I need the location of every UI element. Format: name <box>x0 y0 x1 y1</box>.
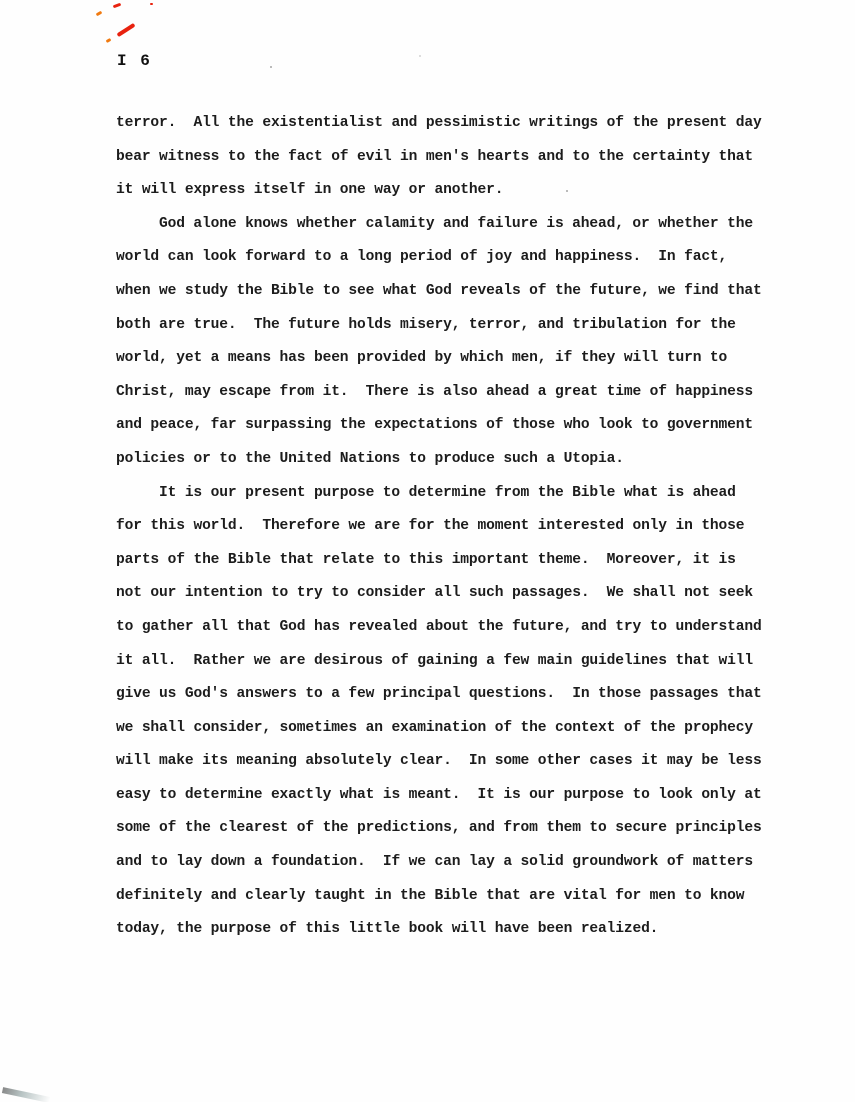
text-line: both are true. The future holds misery, … <box>116 309 756 343</box>
text-line: definitely and clearly taught in the Bib… <box>116 880 756 914</box>
text-line: Christ, may escape from it. There is als… <box>116 376 756 410</box>
text-line: give us God's answers to a few principal… <box>116 678 756 712</box>
red-pencil-mark <box>106 38 112 43</box>
red-pencil-mark <box>117 23 136 37</box>
red-pencil-mark <box>150 3 153 5</box>
text-line: to gather all that God has revealed abou… <box>116 611 756 645</box>
paragraph: God alone knows whether calamity and fai… <box>116 208 756 477</box>
text-line: terror. All the existentialist and pessi… <box>116 107 756 141</box>
text-line: will make its meaning absolutely clear. … <box>116 745 756 779</box>
body-text: terror. All the existentialist and pessi… <box>116 107 756 947</box>
text-line: and to lay down a foundation. If we can … <box>116 846 756 880</box>
text-line: world can look forward to a long period … <box>116 241 756 275</box>
page-number: I 6 <box>117 52 152 70</box>
document-page: I 6 terror. All the existentialist and p… <box>0 0 855 1102</box>
text-line: parts of the Bible that relate to this i… <box>116 544 756 578</box>
text-line: it all. Rather we are desirous of gainin… <box>116 645 756 679</box>
paragraph: terror. All the existentialist and pessi… <box>116 107 756 208</box>
text-line: when we study the Bible to see what God … <box>116 275 756 309</box>
text-line: bear witness to the fact of evil in men'… <box>116 141 756 175</box>
paragraph: It is our present purpose to determine f… <box>116 477 756 947</box>
text-line: and peace, far surpassing the expectatio… <box>116 409 756 443</box>
text-line: policies or to the United Nations to pro… <box>116 443 756 477</box>
paper-speck <box>419 55 421 57</box>
text-line: easy to determine exactly what is meant.… <box>116 779 756 813</box>
text-line: we shall consider, sometimes an examinat… <box>116 712 756 746</box>
text-line: God alone knows whether calamity and fai… <box>116 208 756 242</box>
red-pencil-mark <box>113 3 122 9</box>
text-line: It is our present purpose to determine f… <box>116 477 756 511</box>
text-line: it will express itself in one way or ano… <box>116 174 756 208</box>
text-line: today, the purpose of this little book w… <box>116 913 756 947</box>
text-line: for this world. Therefore we are for the… <box>116 510 756 544</box>
text-line: not our intention to try to consider all… <box>116 577 756 611</box>
text-line: world, yet a means has been provided by … <box>116 342 756 376</box>
text-line: some of the clearest of the predictions,… <box>116 812 756 846</box>
scan-smudge <box>2 1087 50 1102</box>
red-pencil-mark <box>96 11 103 17</box>
paper-speck <box>270 66 272 68</box>
